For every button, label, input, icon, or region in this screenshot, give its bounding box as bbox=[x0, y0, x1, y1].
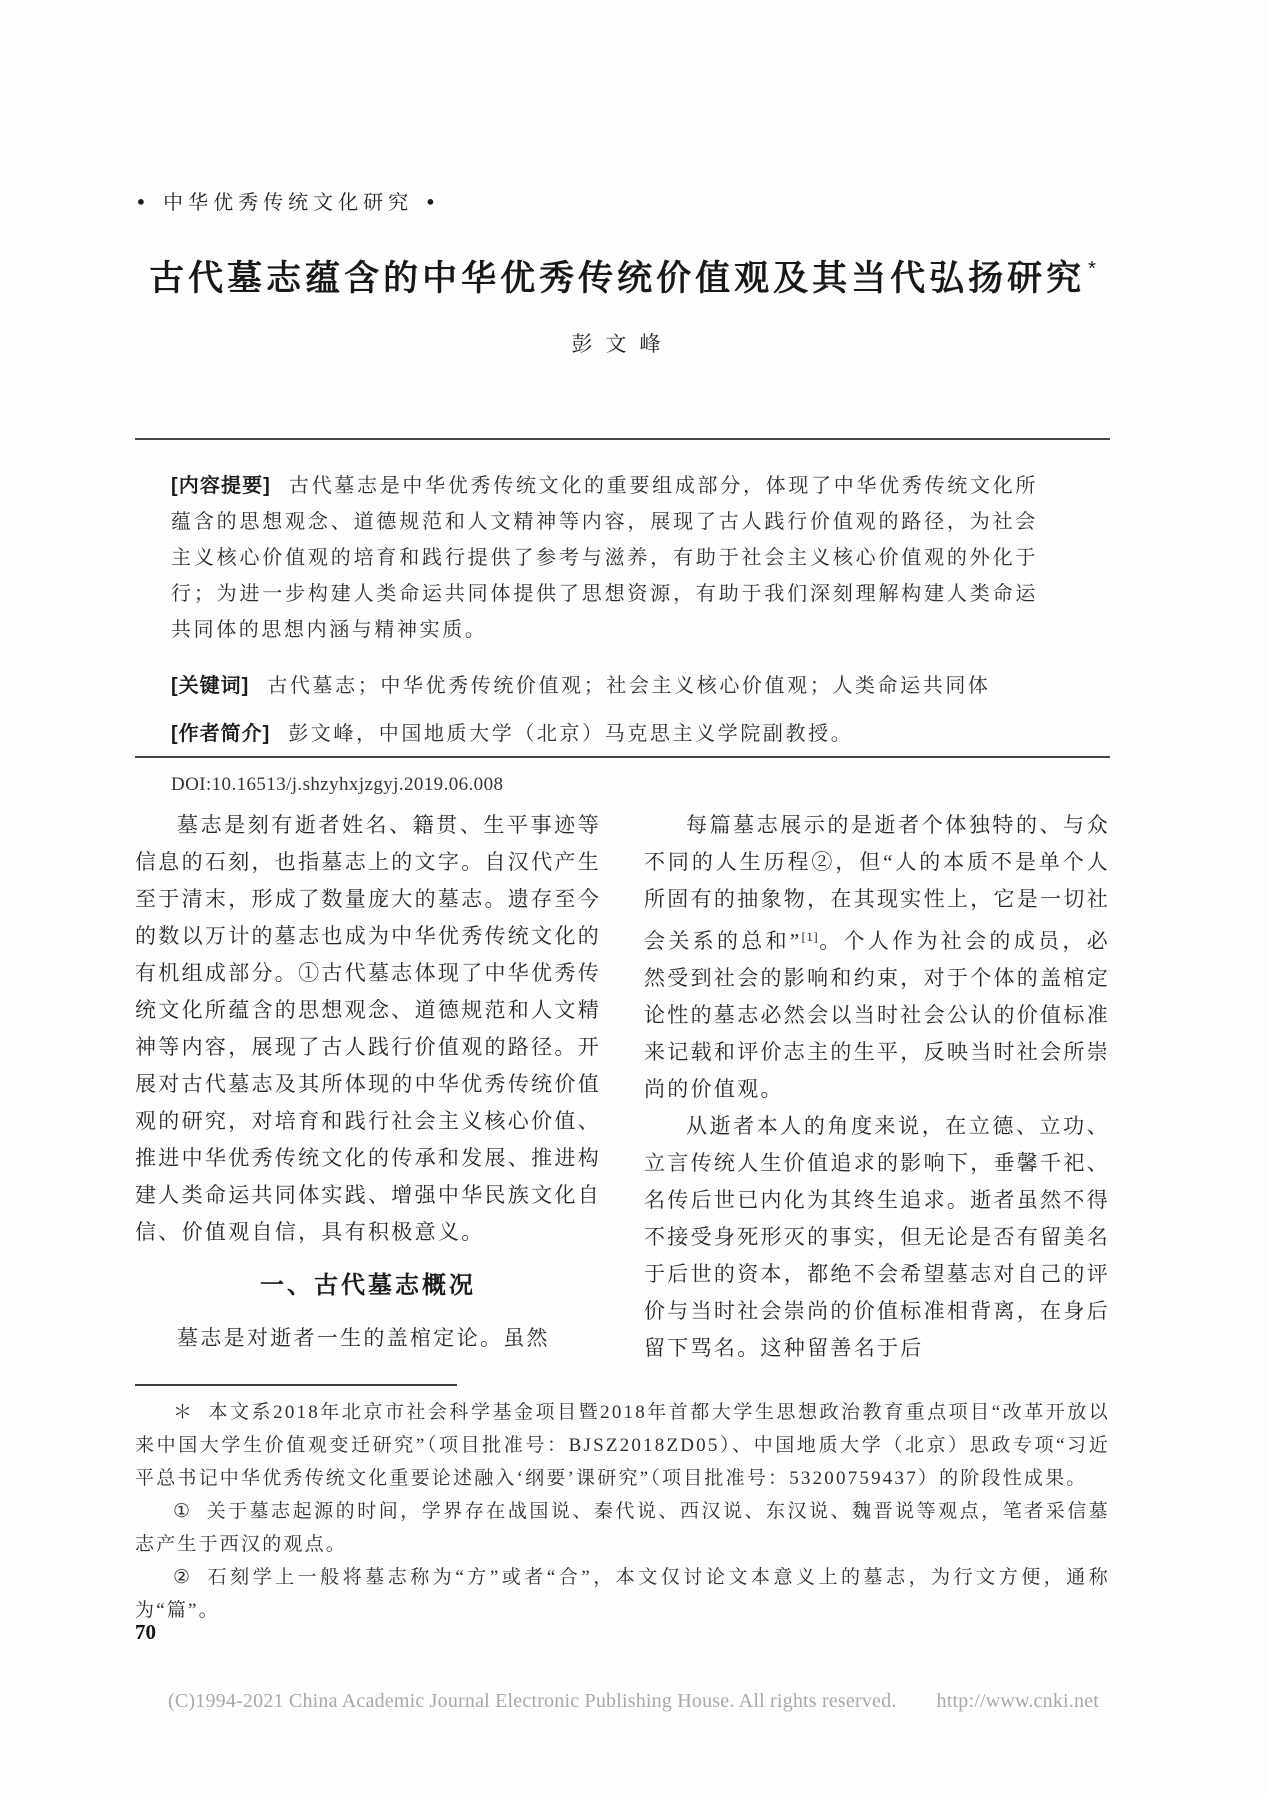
left-paragraph-1: 墓志是刻有逝者姓名、籍贯、生平事迹等信息的石刻，也指墓志上的文字。自汉代产生至于… bbox=[135, 807, 601, 1251]
keywords-label: [关键词] bbox=[171, 675, 249, 697]
left-paragraph-2: 墓志是对逝者一生的盖棺定论。虽然 bbox=[135, 1320, 601, 1357]
citation-ref-1: [1] bbox=[802, 929, 819, 944]
abstract-text: 古代墓志是中华优秀传统文化的重要组成部分，体现了中华优秀传统文化所蕴含的思想观念… bbox=[171, 475, 1038, 641]
page-number: 70 bbox=[135, 1620, 156, 1645]
footnote-marker: ① bbox=[173, 1501, 193, 1522]
footnote-text: 本文系2018年北京市社会科学基金项目暨2018年首都大学生思想政治教育重点项目… bbox=[135, 1402, 1110, 1489]
divider-top bbox=[135, 438, 1110, 440]
footnote-item: ＊本文系2018年北京市社会科学基金项目暨2018年首都大学生思想政治教育重点项… bbox=[135, 1396, 1110, 1495]
right-paragraph-2: 从逝者本人的角度来说，在立德、立功、立言传统人生价值追求的影响下，垂馨千祀、名传… bbox=[644, 1108, 1110, 1367]
footnote-separator bbox=[135, 1384, 457, 1386]
footnote-item: ②石刻学上一般将墓志称为“方”或者“合”，本文仅讨论文本意义上的墓志，为行文方便… bbox=[135, 1561, 1110, 1627]
right-paragraph-1-continued: 。个人作为社会的成员，必然受到社会的影响和约束，对于个体的盖棺定论性的墓志必然会… bbox=[644, 929, 1110, 1101]
body-columns: 墓志是刻有逝者姓名、籍贯、生平事迹等信息的石刻，也指墓志上的文字。自汉代产生至于… bbox=[135, 807, 1110, 1367]
footnote-text: 石刻学上一般将墓志称为“方”或者“合”，本文仅讨论文本意义上的墓志，为行文方便，… bbox=[135, 1567, 1110, 1621]
footnotes-section: ＊本文系2018年北京市社会科学基金项目暨2018年首都大学生思想政治教育重点项… bbox=[135, 1384, 1110, 1627]
author-bio-paragraph: [作者简介]彭文峰，中国地质大学（北京）马克思主义学院副教授。 bbox=[171, 716, 1038, 752]
keywords-text: 古代墓志；中华优秀传统价值观；社会主义核心价值观；人类命运共同体 bbox=[267, 675, 990, 697]
footnote-marker: ② bbox=[173, 1567, 194, 1588]
doi-text: DOI:10.16513/j.shzyhxjzgyj.2019.06.008 bbox=[171, 774, 1110, 796]
body-right-column: 每篇墓志展示的是逝者个体独特的、与众不同的人生历程②，但“人的本质不是单个人所固… bbox=[644, 807, 1110, 1367]
abstract-label: [内容提要] bbox=[171, 475, 271, 497]
footnote-item: ①关于墓志起源的时间，学界存在战国说、秦代说、西汉说、东汉说、魏晋说等观点，笔者… bbox=[135, 1495, 1110, 1561]
section-heading: 一、古代墓志概况 bbox=[135, 1265, 601, 1300]
series-header: • 中华优秀传统文化研究 • bbox=[135, 186, 1110, 215]
page-title: 古代墓志蕴含的中华优秀传统价值观及其当代弘扬研究* bbox=[135, 251, 1110, 301]
copyright-text: (C)1994-2021 China Academic Journal Elec… bbox=[168, 1690, 897, 1712]
abstract-paragraph: [内容提要]古代墓志是中华优秀传统文化的重要组成部分，体现了中华优秀传统文化所蕴… bbox=[171, 468, 1038, 648]
author-bio-label: [作者简介] bbox=[171, 723, 270, 745]
body-left-column: 墓志是刻有逝者姓名、籍贯、生平事迹等信息的石刻，也指墓志上的文字。自汉代产生至于… bbox=[135, 807, 601, 1357]
keywords-paragraph: [关键词]古代墓志；中华优秀传统价值观；社会主义核心价值观；人类命运共同体 bbox=[171, 668, 1038, 704]
footnote-text: 关于墓志起源的时间，学界存在战国说、秦代说、西汉说、东汉说、魏晋说等观点，笔者采… bbox=[135, 1501, 1110, 1555]
author-name: 彭文峰 bbox=[135, 328, 1110, 358]
abstract-block: [内容提要]古代墓志是中华优秀传统文化的重要组成部分，体现了中华优秀传统文化所蕴… bbox=[135, 468, 1110, 752]
footnote-marker: ＊ bbox=[173, 1402, 195, 1423]
paper-title-text: 古代墓志蕴含的中华优秀传统价值观及其当代弘扬研究 bbox=[149, 259, 1085, 298]
divider-bottom bbox=[135, 756, 1110, 758]
author-bio-text: 彭文峰，中国地质大学（北京）马克思主义学院副教授。 bbox=[288, 723, 853, 745]
paper-page: • 中华优秀传统文化研究 • 古代墓志蕴含的中华优秀传统价值观及其当代弘扬研究*… bbox=[0, 0, 1267, 1793]
cnki-url: http://www.cnki.net bbox=[937, 1690, 1099, 1712]
copyright-line: (C)1994-2021 China Academic Journal Elec… bbox=[0, 1690, 1267, 1713]
right-paragraph-1: 每篇墓志展示的是逝者个体独特的、与众不同的人生历程②，但“人的本质不是单个人所固… bbox=[644, 807, 1110, 1108]
title-footnote-marker: * bbox=[1088, 258, 1096, 280]
